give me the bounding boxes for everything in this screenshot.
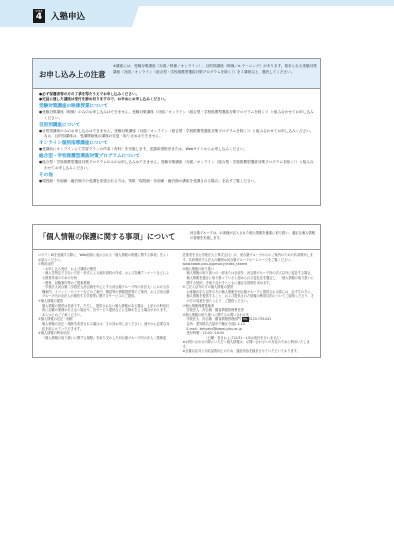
- section-text: ●目的別講座のみのお申し込みはできません。受験対策講座（対面／オンライン（総合型…: [39, 129, 314, 139]
- privacy-body: ログインIDを登録する際に、Web画面に表示される「個人情報の保護に関する事項」…: [33, 250, 320, 354]
- section-heading: その他: [39, 172, 314, 179]
- privacy-phone: 0120-735-041: [249, 317, 272, 321]
- privacy-text: 個人情報の訂正・削除を希望される場合は、その旨お申し出ください。速やかに必要な対…: [38, 322, 172, 331]
- notice-bullet: ●定員に達した講座は受付を締め切りますので、お早めにお申し込みください。: [39, 97, 314, 102]
- privacy-title: 「個人情報の保護に関する事項」について: [39, 232, 175, 242]
- notice-body: ●必ず保護者等の方の了承を得たうえでお申し込みください。 ●定員に達した講座は受…: [33, 89, 320, 187]
- page-title: 入塾申込: [51, 10, 85, 22]
- step-badge: STEP 4: [33, 9, 45, 23]
- privacy-text: 託業者を含む学校法人と株式会社）が、河合塾グループからのご案内のための共同利用し…: [183, 253, 316, 262]
- notice-header-note: ※講座には、受験対策講座（対面／映像／オンライン）、目的別講座（映像／e-ラーニ…: [113, 63, 319, 75]
- privacy-text: ・個人を特定できない方法・形式による統計資料の作成、および各種アンケートなどによ…: [38, 271, 172, 280]
- notice-box: お申し込み上の注意 ※講座には、受験対策講座（対面／映像／オンライン）、目的別講…: [32, 58, 321, 206]
- privacy-text: 個人情報の取り扱いの一部または全部を、河合塾グループ内の法人以外に委託する場合、…: [183, 271, 316, 285]
- section-text: ●受講前にオンラインにて学習プランの作成（有料）を実施します。受講希望校舎または…: [39, 147, 314, 152]
- section-text: ●総合型・学校推薦型選抜対策プログラムのみのお申し込みはできません。受験対策講座…: [39, 160, 314, 170]
- section-heading: 目的別講座について: [39, 122, 314, 129]
- privacy-text: お客様が記入以外の方の個人情報を河合塾グループに提供される際には、必ずその方に、…: [183, 290, 316, 304]
- privacy-box: 「個人情報の保護に関する事項」について 河合塾グループは、お客様が記入された個人…: [32, 224, 321, 358]
- step-number: 4: [33, 13, 45, 22]
- privacy-right-column: 託業者を含む学校法人と株式会社）が、河合塾グループからのご案内のための共同利用し…: [177, 253, 316, 354]
- privacy-text: 個人情報の提供は任意です。ただし、提供されない個人情報がある場合、上記①の利用目…: [38, 304, 172, 318]
- header-decoration: [132, 6, 394, 27]
- section-text: ●受験対策講座（映像）のみのお申し込みはできません。受験対策講座（対面／オンライ…: [39, 110, 314, 120]
- notice-header: お申し込み上の注意 ※講座には、受験対策講座（対面／映像／オンライン）、目的別講…: [33, 59, 320, 89]
- privacy-text: 『個人情報の取り扱いに関する規程』を取り交わした河合塾グループ内の法人（業務委: [38, 336, 172, 341]
- notice-title: お申し込み上の注意: [39, 69, 106, 80]
- privacy-header: 「個人情報の保護に関する事項」について 河合塾グループは、お客様が記入された個人…: [33, 225, 320, 250]
- privacy-header-note: 河合塾グループは、お客様が記入された個人情報を厳重に取り扱い、適正な個人情報の管…: [190, 231, 318, 241]
- privacy-text: ログインIDを登録する際に、Web画面に表示される「個人情報の保護に関する事項」…: [38, 253, 172, 262]
- section-text: ●現役館・有朋館・藤沢館での受講を希望される方は、別紙「現役館・有朋館・藤沢館の…: [39, 179, 314, 184]
- privacy-text: ・学校法人河合塾（学校法人河合塾を中心とする河合塾グループ内の各法人）における各…: [38, 285, 172, 299]
- privacy-dept: 学校法人 河合塾 顧客情報管理部門: [187, 317, 241, 321]
- privacy-note: ★正確な応対と対応品質向上のため、通話内容を録音させていただいております。: [183, 349, 316, 354]
- privacy-left-column: ログインIDを登録する際に、Web画面に表示される「個人情報の保護に関する事項」…: [38, 253, 177, 354]
